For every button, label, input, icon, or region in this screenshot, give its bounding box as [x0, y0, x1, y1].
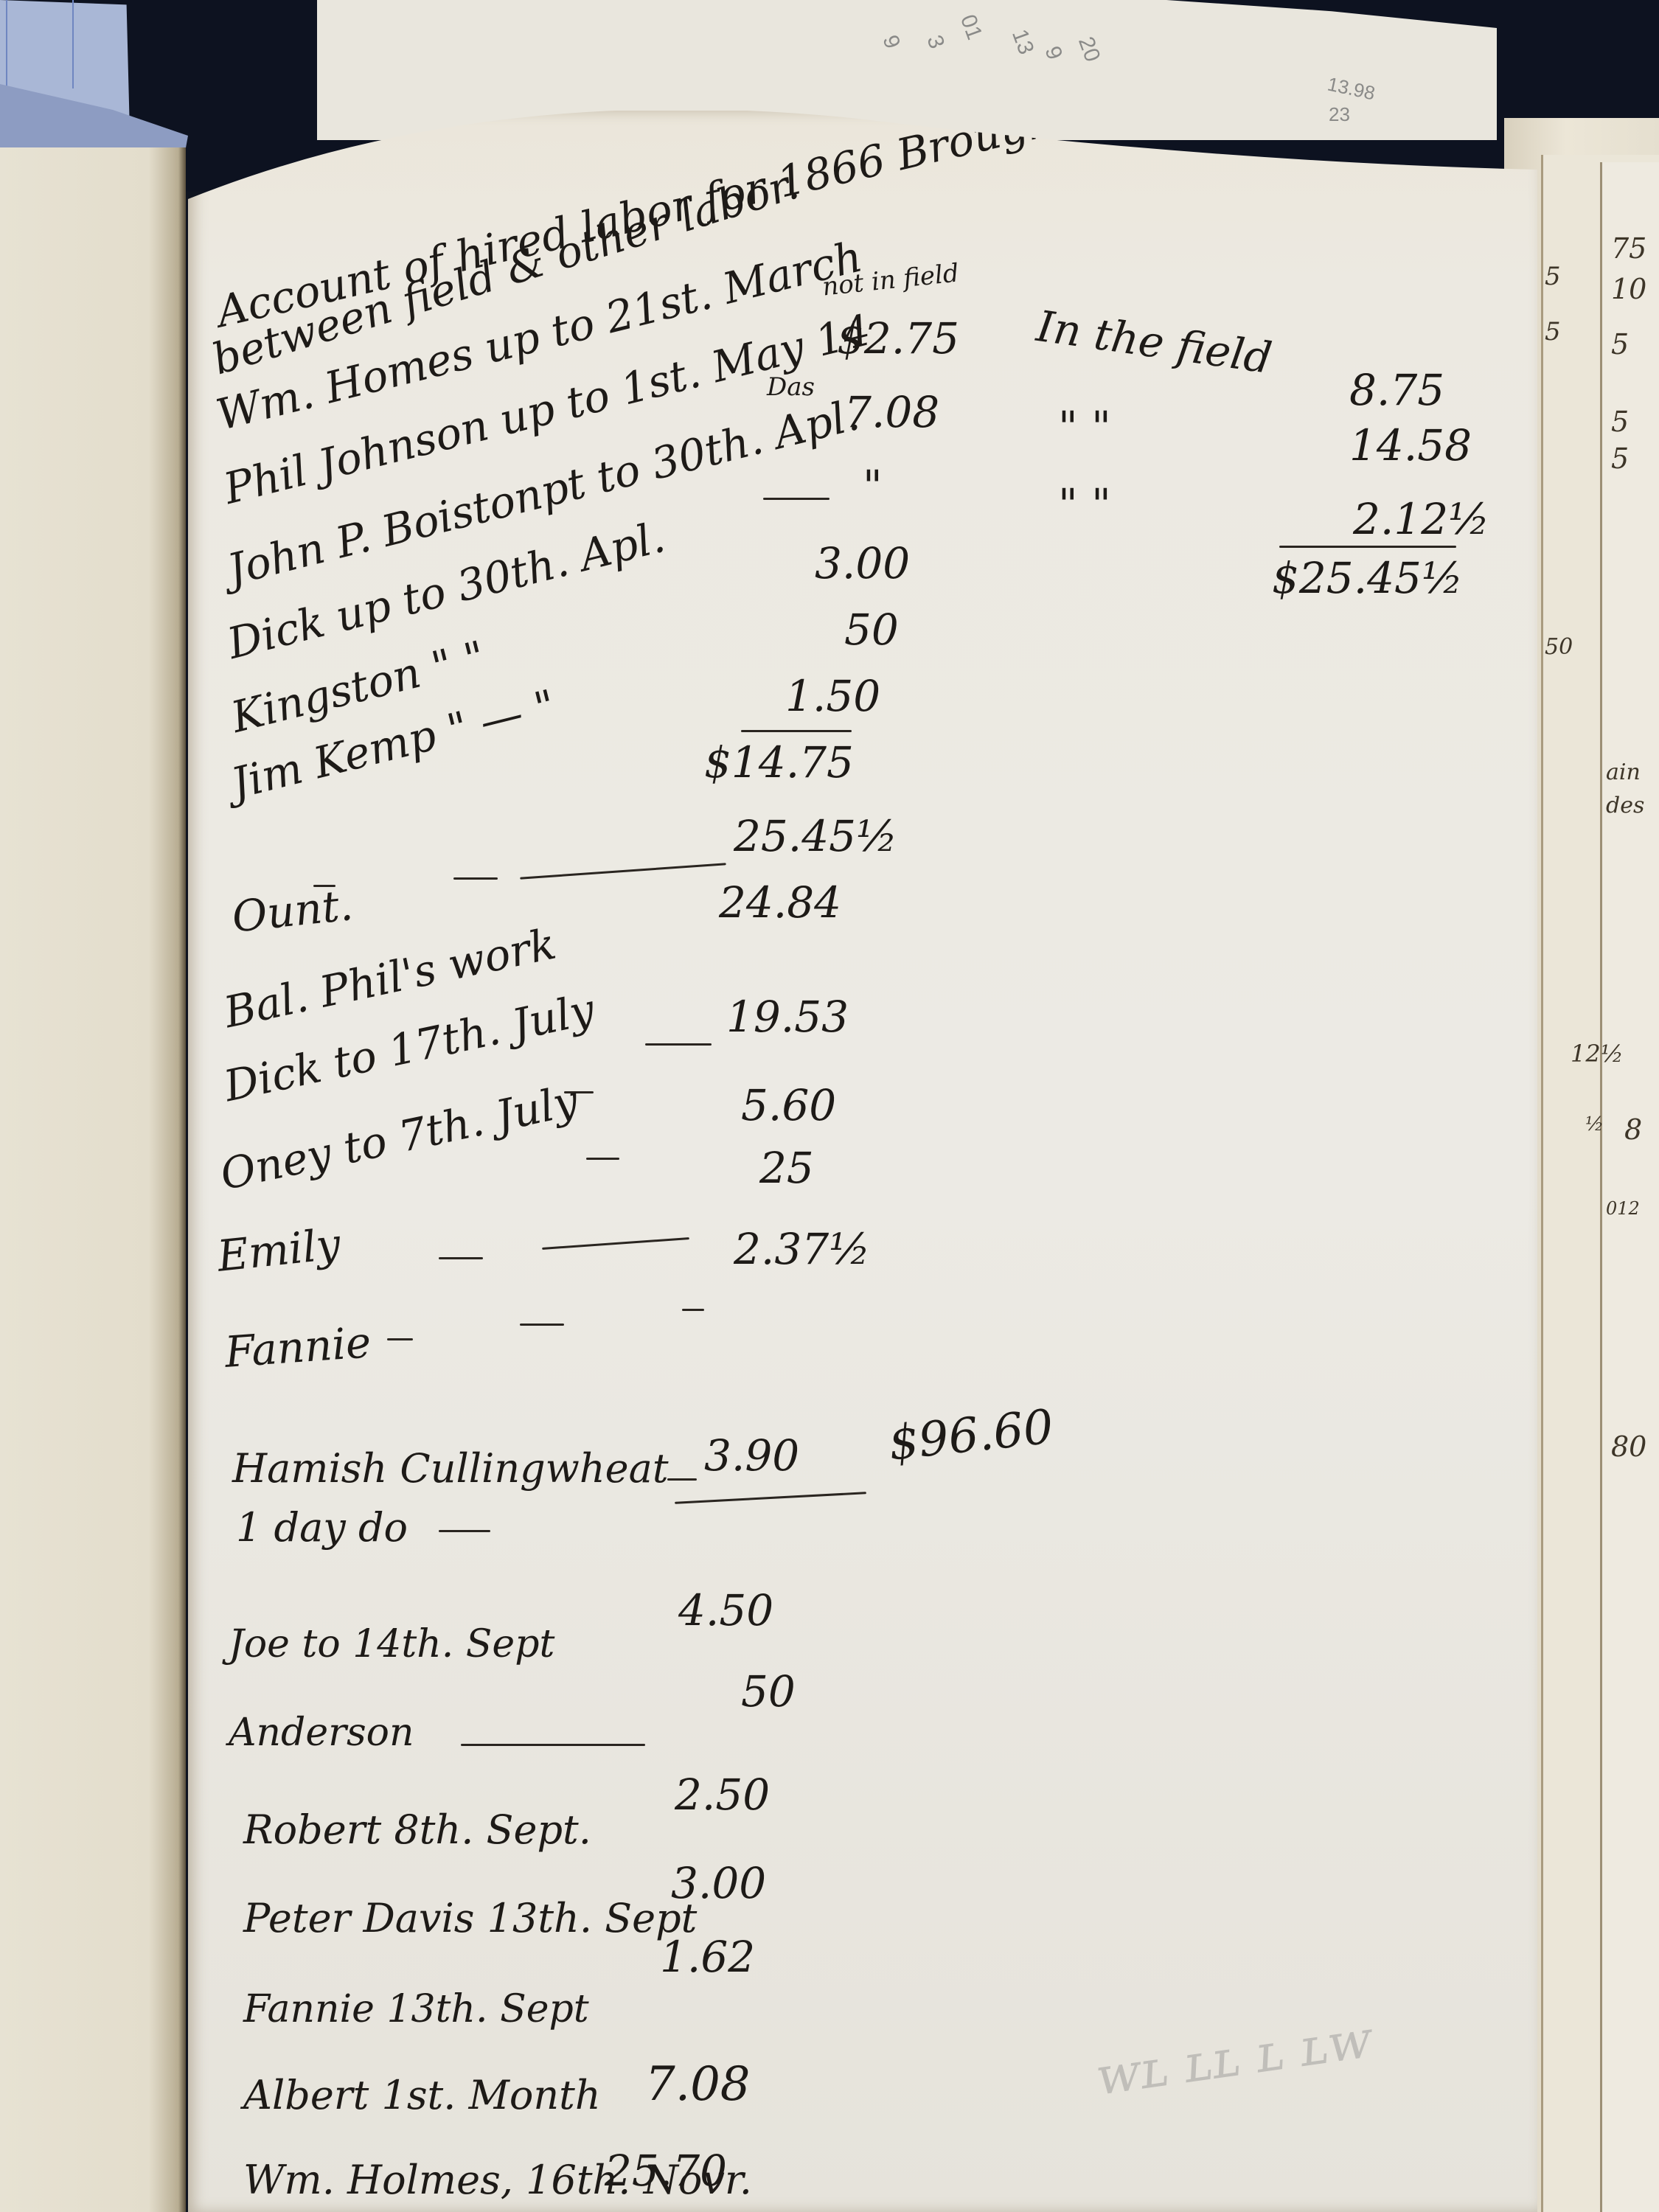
- blue-rule-line: [6, 0, 7, 88]
- entry-name: Fannie: [223, 1317, 373, 1377]
- dash-line: [763, 498, 829, 500]
- entry-amount: 19.53: [726, 992, 849, 1042]
- entry-amount: 7.08: [645, 2057, 751, 2112]
- entry-name: Peter Davis 13th. Sept: [243, 1895, 697, 1941]
- entry-amount-in-field: 2.12½: [1353, 494, 1489, 544]
- margin-number: 5: [1545, 262, 1561, 291]
- scrap-number: 13.98: [1325, 73, 1377, 105]
- scrap-number: 13: [1006, 27, 1038, 58]
- entry-amount-not-in-field: 3.00: [815, 538, 910, 588]
- entry-amount: 1.62: [660, 1932, 755, 1982]
- entry-amount-not-in-field: 1.50: [785, 671, 880, 721]
- entry-amount: 25: [759, 1143, 814, 1193]
- dash-line: [520, 863, 726, 880]
- dash-line: [520, 1324, 564, 1326]
- dash-line: [313, 885, 335, 887]
- scrap-number: 20: [1073, 34, 1105, 66]
- scrap-number: 3: [922, 32, 950, 52]
- ledger-page: 1866 Account of hired labor for 1866 Bro…: [188, 111, 1537, 2212]
- entry-amount: 50: [741, 1666, 796, 1717]
- dash-line: [453, 877, 498, 880]
- margin-number: ½: [1585, 1113, 1604, 1135]
- entry-amount-not-in-field: 50: [844, 605, 899, 655]
- column-header-in-field: In the field: [1034, 301, 1275, 383]
- entry-amount: 3.00: [671, 1858, 766, 1908]
- scrap-number: 9: [877, 32, 905, 52]
- subtotal-not-in-field: $14.75: [704, 737, 854, 787]
- entry-name: Robert 8th. Sept.: [243, 1806, 591, 1853]
- margin-word: des: [1606, 793, 1644, 818]
- margin-number: 75: [1611, 232, 1646, 265]
- dash-line: [542, 1237, 689, 1250]
- entry-amount: 2.50: [675, 1770, 770, 1820]
- margin-number: 80: [1611, 1430, 1646, 1463]
- entry-name: Ount.: [229, 880, 355, 942]
- entry-amount-in-field: 14.58: [1349, 420, 1472, 470]
- underlying-page-3: 75 10 5 5 5 ain des 8 012 80: [1600, 162, 1659, 2212]
- dash-line: [387, 1338, 413, 1340]
- margin-number: 5: [1545, 317, 1561, 347]
- margin-word: ain: [1606, 759, 1641, 785]
- entry-amount: 4.50: [678, 1585, 773, 1635]
- entry-name: Emily: [215, 1219, 342, 1281]
- entry-name: Anderson: [229, 1711, 414, 1755]
- entry-amount: 5.60: [741, 1080, 836, 1130]
- total-rule: [675, 1492, 866, 1504]
- subtotal-in-field: $25.45½: [1272, 553, 1463, 603]
- blue-rule-line: [72, 0, 74, 88]
- entry-name: Fannie 13th. Sept: [243, 1987, 589, 2031]
- carried-in-field-total: 25.45½: [734, 811, 897, 861]
- margin-number: 8: [1624, 1113, 1642, 1146]
- margin-number: 5: [1611, 328, 1629, 361]
- scrap-number: 23: [1329, 103, 1350, 126]
- bleed-through-text: ᴡʟ ʟʟ ʟ ʟᴡ: [1092, 2008, 1375, 2107]
- margin-number: 5: [1611, 406, 1629, 438]
- entry-amount: 3.90: [704, 1430, 799, 1481]
- subtotal-rule: [741, 730, 852, 732]
- section-total: $96.60: [886, 1399, 1056, 1471]
- margin-number: 50: [1545, 634, 1573, 660]
- subtotal-rule: [1279, 546, 1456, 548]
- top-paper-scrap: 9 3 01 13 9 20 13.98 23: [317, 0, 1497, 140]
- entry-amount: 25.70: [605, 2146, 727, 2196]
- dash-line: [439, 1530, 490, 1532]
- entry-name: Joe to 14th. Sept: [229, 1622, 554, 1666]
- entry-amount-in-field: 8.75: [1349, 365, 1444, 415]
- dash-line: [667, 1478, 697, 1481]
- left-facing-page: [0, 147, 186, 2212]
- dash-line: [439, 1257, 483, 1259]
- ditto-marks: " ": [1058, 402, 1111, 452]
- dash-line: [461, 1744, 645, 1746]
- margin-number: 012: [1606, 1198, 1640, 1219]
- entry-name: Albert 1st. Month: [243, 2072, 601, 2118]
- ditto-marks: " ": [1058, 479, 1111, 529]
- entry-name: 1 day do: [236, 1504, 408, 1551]
- dash-line: [645, 1043, 712, 1046]
- scrap-number: 9: [1040, 43, 1068, 63]
- dash-line: [682, 1309, 704, 1311]
- entry-amount: 24.84: [719, 877, 841, 928]
- entry-amount-not-in-field: ": [863, 461, 883, 511]
- dash-line: [586, 1158, 619, 1160]
- margin-number: 5: [1611, 442, 1629, 475]
- margin-number: 10: [1611, 273, 1646, 305]
- margin-number: 12½: [1571, 1040, 1624, 1068]
- entry-name: Hamish Cullingwheat: [232, 1445, 669, 1492]
- entry-amount: 2.37½: [734, 1224, 870, 1274]
- scrap-number: 01: [955, 12, 987, 44]
